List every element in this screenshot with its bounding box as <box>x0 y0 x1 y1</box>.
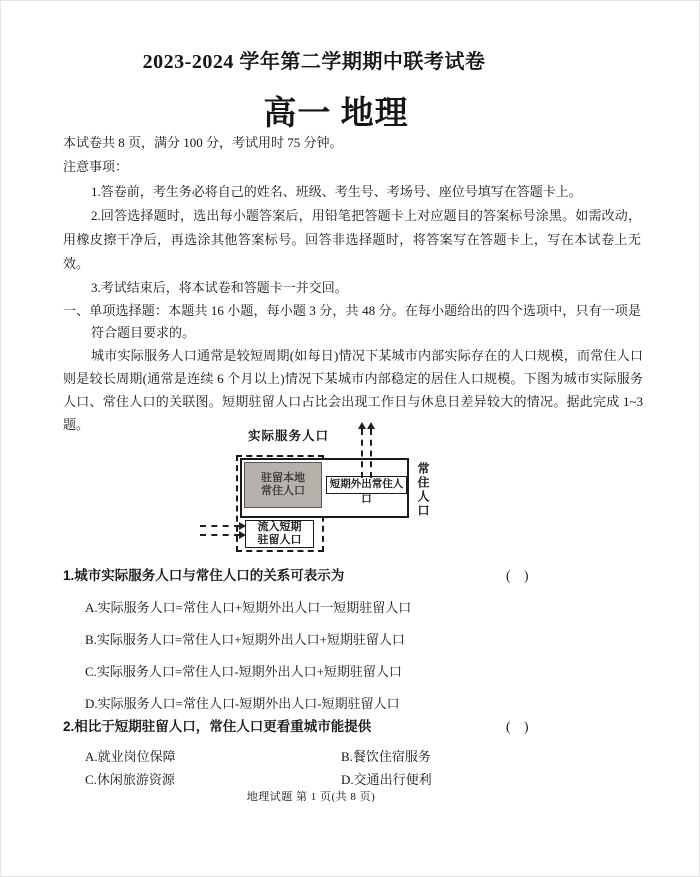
question-2-stem: 2.相比于短期驻留人口，常住人口更看重城市能提供 ( ) <box>63 715 641 735</box>
population-relation-diagram: 实际服务人口 驻留本地 常住人口 短期外出常住人口 常住人口 流入短期 驻留人口 <box>186 422 458 564</box>
notice-heading: 注意事项： <box>63 156 128 175</box>
question-1-stem: 1.城市实际服务人口与常住人口的关系可表示为 ( ) <box>63 564 641 584</box>
exam-subject-title: 高一 地理 <box>0 87 686 134</box>
exam-title: 2023-2024 学年第二学期期中联考试卷 <box>0 45 664 74</box>
question-2-option-d: D.交通出行便利 <box>341 769 432 788</box>
actual-service-population-label: 实际服务人口 <box>248 426 329 444</box>
question-2-option-b: B.餐饮住宿服务 <box>341 746 431 765</box>
notice-item-1: 1.答卷前，考生务必将自己的姓名、班级、考生号、考场号、座位号填写在答题卡上。 <box>63 180 641 204</box>
notice-item-3: 3.考试结束后，将本试卷和答题卡一并交回。 <box>63 276 641 300</box>
up-arrowhead-icon <box>358 422 366 429</box>
question-1-option-b: B.实际服务人口=常住人口+短期外出人口+短期驻留人口 <box>85 629 405 648</box>
local-resident-line2: 常住人口 <box>261 485 305 498</box>
inflow-line1: 流入短期 <box>258 521 302 534</box>
inflow-line2: 驻留人口 <box>258 534 302 547</box>
up-arrowhead-icon <box>367 422 375 429</box>
resident-population-label: 常住人口 <box>415 462 432 518</box>
page-footer: 地理试题 第 1 页(共 8 页) <box>0 788 661 804</box>
right-arrowhead-icon <box>239 522 246 530</box>
exam-paper-page: 2023-2024 学年第二学期期中联考试卷 高一 地理 本试卷共 8 页，满分… <box>0 0 700 877</box>
question-2-option-c: C.休闲旅游资源 <box>85 769 175 788</box>
question-1-option-c: C.实际服务人口=常住人口-短期外出人口+短期驻留人口 <box>85 661 402 680</box>
right-arrow-dashed-line-icon <box>200 525 240 527</box>
inflow-short-term-box: 流入短期 驻留人口 <box>245 520 314 548</box>
short-term-out-resident-box: 短期外出常住人口 <box>326 476 407 494</box>
question-2-option-a: A.就业岗位保障 <box>85 746 176 765</box>
up-arrow-dashed-line-icon <box>370 429 372 478</box>
question-2-text: 2.相比于短期驻留人口，常住人口更看重城市能提供 <box>63 719 371 734</box>
question-1-text: 1.城市实际服务人口与常住人口的关系可表示为 <box>63 568 344 583</box>
local-resident-line1: 驻留本地 <box>261 472 305 485</box>
exam-info-line: 本试卷共 8 页，满分 100 分，考试用时 75 分钟。 <box>63 132 641 151</box>
question-2-answer-bracket: ( ) <box>506 715 529 735</box>
local-resident-population-box: 驻留本地 常住人口 <box>244 462 322 508</box>
right-arrowhead-icon <box>239 531 246 539</box>
right-arrow-dashed-line-icon <box>200 534 240 536</box>
question-1-answer-bracket: ( ) <box>506 564 529 584</box>
question-1-option-d: D.实际服务人口=常住人口-短期外出人口-短期驻留人口 <box>85 693 400 712</box>
section-one-heading: 一、单项选择题：本题共 16 小题，每小题 3 分，共 48 分。在每小题给出的… <box>63 300 641 344</box>
question-1-option-a: A.实际服务人口=常住人口+短期外出人口一短期驻留人口 <box>85 597 411 616</box>
notice-item-2: 2.回答选择题时，选出每小题答案后，用铅笔把答题卡上对应题目的答案标号涂黑。如需… <box>63 204 641 276</box>
up-arrow-dashed-line-icon <box>361 429 363 478</box>
